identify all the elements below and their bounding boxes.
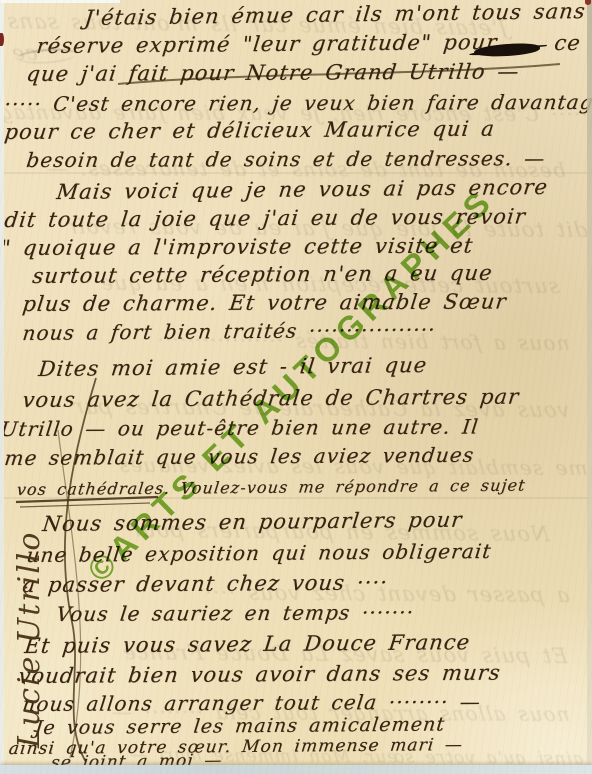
letter-line: ····· C'est encore rien, je veux bien fa… [3, 90, 592, 116]
letter-line: Vous le sauriez en temps ······· [55, 600, 415, 626]
letter-line: vos cathédrales. Voulez-vous me répondre… [16, 476, 527, 499]
scan-edge-bottom [0, 765, 592, 774]
letter-line: J'étais bien émue car ils m'ont tous san… [83, 0, 587, 30]
letter-line: que j'ai fait pour Notre Grand Utrillo — [25, 59, 521, 86]
red-mark-top-right [585, 0, 591, 5]
marginal-signature: Lucie Utrillo [12, 531, 47, 748]
scan-edge-right [587, 0, 592, 774]
letter-line: Dites moi amie est - il vrai que [37, 353, 428, 381]
autograph-letter-scan: J'étais bien émue car ils m'ont tous san… [0, 0, 592, 774]
letter-line: plus de charme. Et votre aimable Sœur [21, 289, 508, 316]
letter-line: réserve exprimé "leur gratitude" pour [35, 30, 499, 58]
letter-line: Nous sommes en pourparlers pour [41, 508, 463, 536]
red-mark-left-edge [0, 33, 4, 46]
letter-line: voudrait bien vous avoir dans ses murs [17, 661, 502, 688]
letter-line: nous allons arranger tout cela ········ … [21, 690, 482, 716]
letter-line: pour ce cher et délicieux Maurice qui a [3, 117, 496, 144]
letter-line: besoin de tant de soins et de tendresses… [25, 146, 547, 172]
scan-edge-left [0, 0, 4, 774]
letter-line: a passer devant chez vous ···· [21, 570, 389, 597]
letter-line: Et puis vous savez La Douce France [23, 630, 471, 658]
letter-line: ce [553, 31, 582, 55]
scan-edge-top [0, 0, 120, 3]
